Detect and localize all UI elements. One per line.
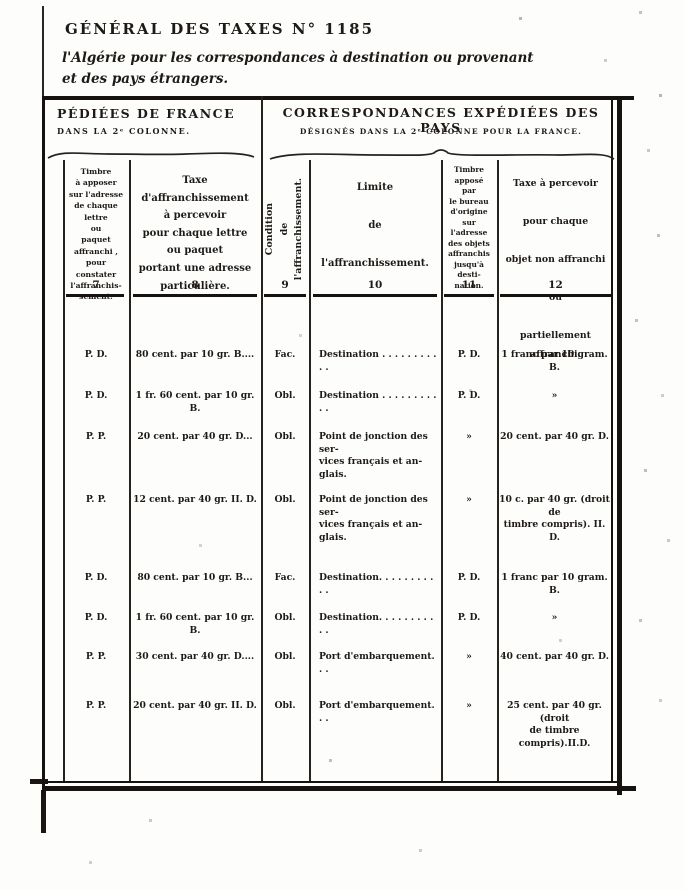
cell-taxe: 20 cent. par 40 gr. II. D. — [129, 700, 261, 751]
column-number-rule — [264, 294, 306, 297]
table-row: P. P. 20 cent. par 40 gr. II. D. Obl. Po… — [63, 700, 612, 751]
page-fold-line-bottom — [41, 790, 46, 833]
column-header-9-wrap: Condition de l'affranchissement. — [261, 160, 309, 298]
cell-taxe-percevoir: 40 cent. par 40 gr. D. — [497, 651, 612, 676]
cell-limite: Port d'embarquement. . . — [309, 651, 441, 676]
table-row: P. P. 30 cent. par 40 gr. D.... Obl. Por… — [63, 651, 612, 676]
cell-timbre: P. P. — [63, 651, 129, 676]
cell-timbre: P. D. — [63, 572, 129, 597]
column-number-12: 12 — [497, 279, 614, 291]
cell-timbre: P. D. — [63, 612, 129, 637]
page-subtitle: l'Algérie pour les correspondances à des… — [62, 48, 534, 90]
cell-timbre-appose: » — [441, 431, 497, 482]
cell-taxe-percevoir: 25 cent. par 40 gr. (droit de timbre com… — [497, 700, 612, 751]
cell-condition: Obl. — [261, 651, 309, 676]
cell-taxe-percevoir: 20 cent. par 40 gr. D. — [497, 431, 612, 482]
column-number-rule — [500, 294, 612, 297]
column-header-10: Limite de l'affranchissement. — [309, 178, 441, 273]
cell-timbre-appose: » — [441, 651, 497, 676]
column-header-11: Timbre apposé par le bureau d'origine su… — [441, 165, 497, 291]
cell-timbre-appose: » — [441, 700, 497, 751]
page-fold-line-top — [42, 6, 44, 96]
section-left-subtitle: DANS LA 2ᵉ COLONNE. — [57, 126, 257, 136]
column-header-8: Taxe d'affranchissement à percevoir pour… — [129, 172, 261, 295]
scan-noise — [0, 0, 1, 1]
table-row: P. D. 80 cent. par 10 gr. B.... Fac. Des… — [63, 349, 612, 374]
cell-taxe-percevoir: » — [497, 390, 612, 415]
cell-limite: Destination. . . . . . . . . . . — [309, 612, 441, 637]
cell-timbre: P. D. — [63, 390, 129, 415]
column-number-rule — [313, 294, 437, 297]
column-number-10: 10 — [309, 279, 441, 291]
cell-condition: Fac. — [261, 572, 309, 597]
table-border-bottom-outer — [42, 786, 636, 791]
cell-condition: Fac. — [261, 349, 309, 374]
section-right-subtitle: DÉSIGNÉS DANS LA 2ᵉ COLONNE POUR LA FRAN… — [268, 127, 614, 136]
cell-timbre: P. D. — [63, 349, 129, 374]
cell-taxe-percevoir: 1 franc par 10 gram. B. — [497, 572, 612, 597]
cell-taxe: 30 cent. par 40 gr. D.... — [129, 651, 261, 676]
cell-timbre-appose: » — [441, 494, 497, 545]
table-border-left — [42, 96, 45, 795]
cell-limite: Point de jonction des ser- vices françai… — [309, 431, 441, 482]
table-row: P. D. 1 fr. 60 cent. par 10 gr. B. Obl. … — [63, 390, 612, 415]
table-border-right-outer — [617, 96, 622, 795]
brace-left-icon — [46, 146, 256, 166]
cell-limite: Destination. . . . . . . . . . . — [309, 572, 441, 597]
column-header-9: Condition de l'affranchissement. — [263, 178, 307, 280]
cell-timbre-appose: P. D. — [441, 390, 497, 415]
table-row: P. P. 12 cent. par 40 gr. II. D. Obl. Po… — [63, 494, 612, 545]
cell-condition: Obl. — [261, 494, 309, 545]
cell-taxe: 80 cent. par 10 gr. B.... — [129, 349, 261, 374]
cell-taxe: 1 fr. 60 cent. par 10 gr. B. — [129, 612, 261, 637]
column-number-11: 11 — [441, 279, 497, 291]
cell-taxe-percevoir: 1 franc par 10 gram. B. — [497, 349, 612, 374]
cell-limite: Destination . . . . . . . . . . . — [309, 390, 441, 415]
column-number-rule — [66, 294, 124, 297]
table-row: P. D. 1 fr. 60 cent. par 10 gr. B. Obl. … — [63, 612, 612, 637]
cell-limite: Point de jonction des ser- vices françai… — [309, 494, 441, 545]
column-number-7: 7 — [63, 279, 129, 291]
cell-timbre: P. P. — [63, 431, 129, 482]
table-row: P. P. 20 cent. par 40 gr. D... Obl. Poin… — [63, 431, 612, 482]
cell-taxe-percevoir: » — [497, 612, 612, 637]
table-border-top — [42, 96, 634, 100]
cell-limite: Destination . . . . . . . . . . . — [309, 349, 441, 374]
cell-timbre: P. P. — [63, 494, 129, 545]
cell-condition: Obl. — [261, 431, 309, 482]
section-left-title: PÉDIÉES DE FRANCE — [57, 106, 257, 121]
column-header-12: Taxe à percevoir pour chaque objet non a… — [497, 174, 614, 364]
column-number-8: 8 — [129, 279, 261, 291]
page-title: GÉNÉRAL DES TAXES N° 1185 — [65, 20, 374, 38]
table-row: P. D. 80 cent. par 10 gr. B... Fac. Dest… — [63, 572, 612, 597]
cell-taxe: 20 cent. par 40 gr. D... — [129, 431, 261, 482]
cell-taxe-percevoir: 10 c. par 40 gr. (droit de timbre compri… — [497, 494, 612, 545]
cell-timbre-appose: P. D. — [441, 572, 497, 597]
table-border-bottom-inner — [46, 781, 618, 783]
cell-timbre: P. P. — [63, 700, 129, 751]
column-number-9: 9 — [261, 279, 309, 291]
cell-limite: Port d'embarquement. . . — [309, 700, 441, 751]
cell-timbre-appose: P. D. — [441, 349, 497, 374]
cell-taxe: 80 cent. par 10 gr. B... — [129, 572, 261, 597]
cell-condition: Obl. — [261, 612, 309, 637]
cell-taxe: 12 cent. par 40 gr. II. D. — [129, 494, 261, 545]
cell-taxe: 1 fr. 60 cent. par 10 gr. B. — [129, 390, 261, 415]
cell-condition: Obl. — [261, 390, 309, 415]
cell-timbre-appose: P. D. — [441, 612, 497, 637]
document-page: GÉNÉRAL DES TAXES N° 1185 l'Algérie pour… — [0, 0, 684, 890]
cell-condition: Obl. — [261, 700, 309, 751]
column-number-rule — [444, 294, 494, 297]
column-number-rule — [133, 294, 257, 297]
